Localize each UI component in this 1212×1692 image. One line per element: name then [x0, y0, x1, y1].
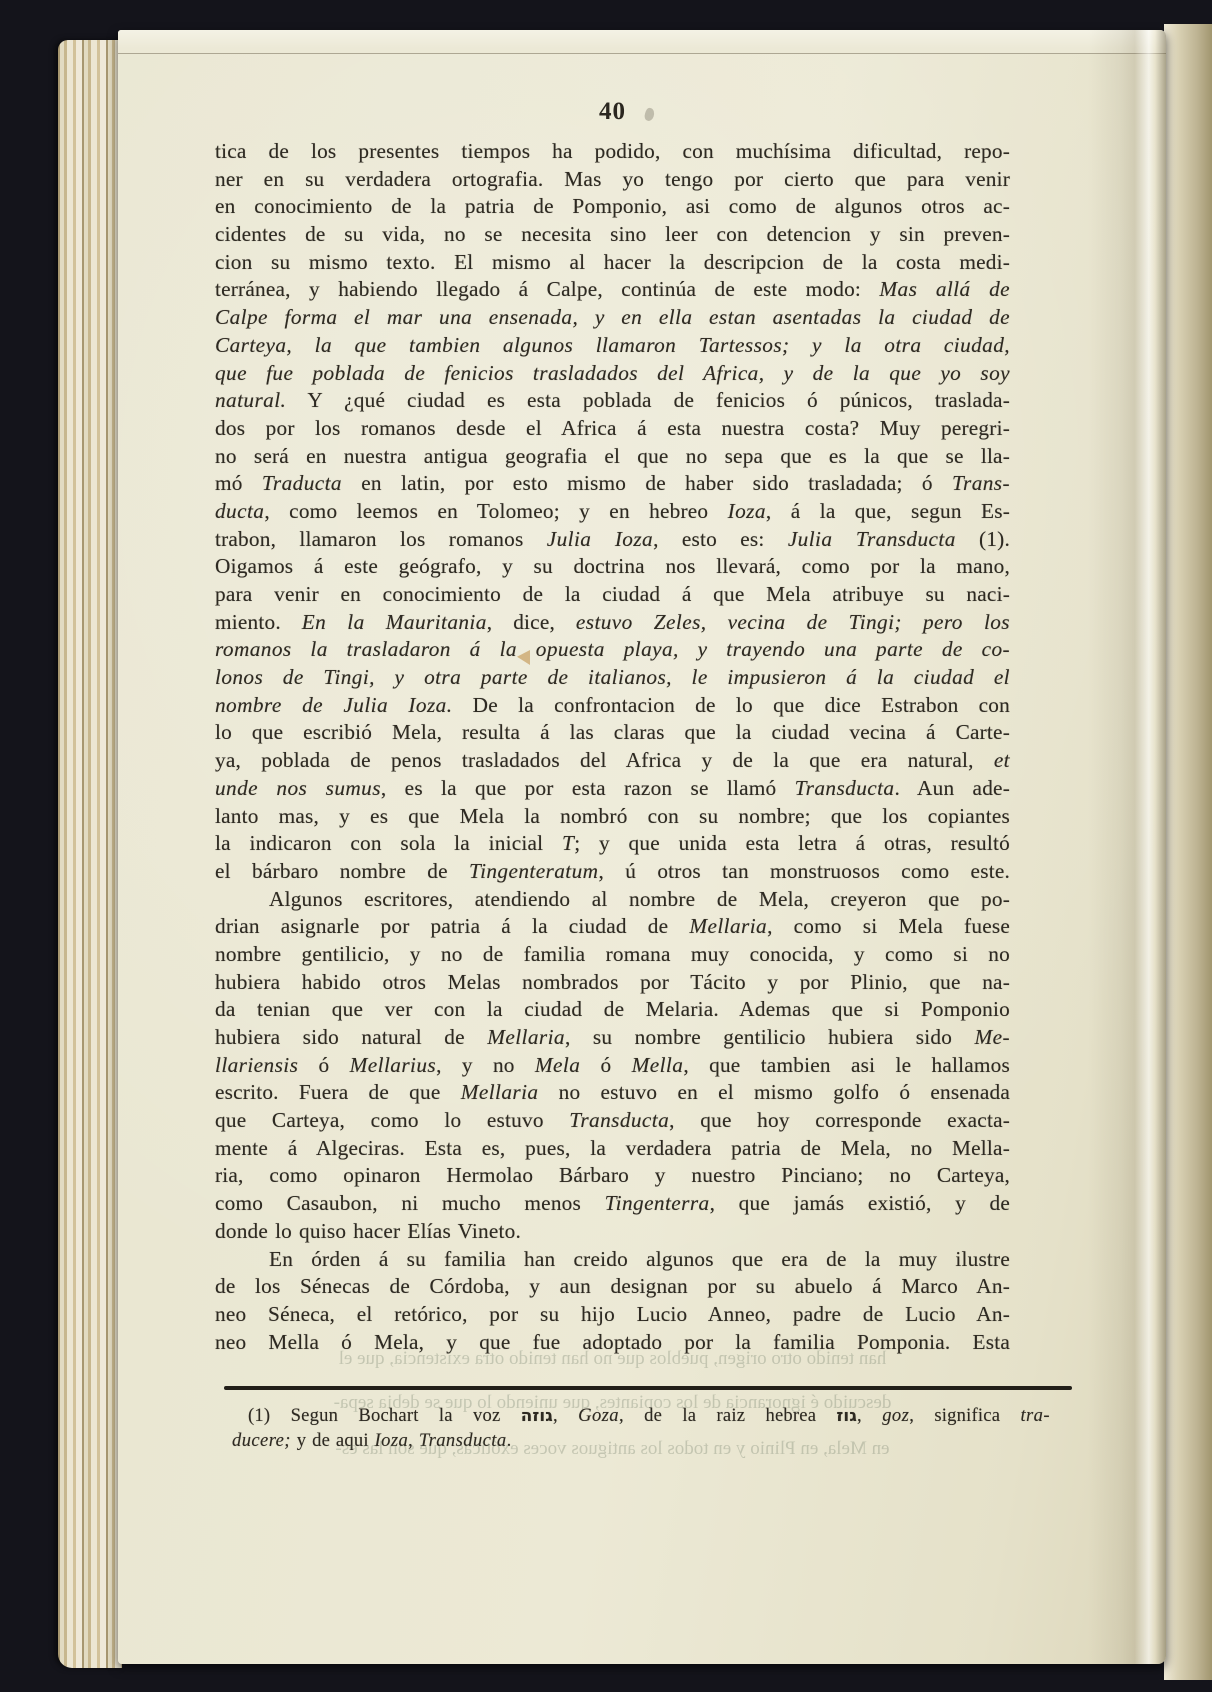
- text-line: terránea, y habiendo llegado á Calpe, co…: [215, 276, 1010, 304]
- text-line: como Casaubon, ni mucho menos Tingenterr…: [215, 1190, 1010, 1218]
- text-line: la indicaron con sola la inicial T; y qu…: [215, 830, 1010, 858]
- text-line: nombre de Julia Ioza. De la confrontacio…: [215, 692, 1010, 720]
- footnote-divider: [224, 1386, 1072, 1390]
- text-line: el bárbaro nombre de Tingenteratum, ú ot…: [215, 858, 1010, 886]
- text-line: en conocimiento de la patria de Pomponio…: [215, 193, 1010, 221]
- gutter-shadow: [1088, 30, 1166, 1664]
- page-number: 40: [215, 98, 1010, 126]
- text-line: Oigamos á este geógrafo, y su doctrina n…: [215, 553, 1010, 581]
- text-line: mó Traducta en latin, por esto mismo de …: [215, 470, 1010, 498]
- text-line: neo Séneca, el retórico, por su hijo Luc…: [215, 1301, 1010, 1329]
- text-line: lonos de Tingi, y otra parte de italiano…: [215, 664, 1010, 692]
- text-line: que Carteya, como lo estuvo Transducta, …: [215, 1107, 1010, 1135]
- text-line: natural. Y ¿qué ciudad es esta poblada d…: [215, 387, 1010, 415]
- text-line: para venir en conocimiento de la ciudad …: [215, 581, 1010, 609]
- footnote: (1) Segun Bochart la voz גוזה, Goza, de …: [232, 1402, 1050, 1454]
- text-line: drian asignarle por patria á la ciudad d…: [215, 913, 1010, 941]
- text-line: (1) Segun Bochart la voz גוזה, Goza, de …: [232, 1402, 1050, 1428]
- text-line: neo Mella ó Mela, y que fue adoptado por…: [215, 1329, 1010, 1357]
- text-line: En órden á su familia han creido algunos…: [215, 1246, 1010, 1274]
- text-line: lo que escribió Mela, resulta á las clar…: [215, 719, 1010, 747]
- text-line: ner en su verdadera ortografia. Mas yo t…: [215, 166, 1010, 194]
- text-line: ducere; y de aqui Ioza, Transducta.: [232, 1428, 1050, 1454]
- next-page-sliver: [1164, 24, 1212, 1680]
- text-line: hubiera habido otros Melas nombrados por…: [215, 969, 1010, 997]
- text-line: dos por los romanos desde el Africa á es…: [215, 415, 1010, 443]
- text-line: trabon, llamaron los romanos Julia Ioza,…: [215, 526, 1010, 554]
- text-line: llariensis ó Mellarius, y no Mela ó Mell…: [215, 1052, 1010, 1080]
- text-line: no será en nuestra antigua geografia el …: [215, 443, 1010, 471]
- text-line: donde lo quiso hacer Elías Vineto.: [215, 1218, 1010, 1246]
- scanned-book-photo: 40 tica de los presentes tiempos ha podi…: [0, 0, 1212, 1692]
- text-line: lanto mas, y es que Mela la nombró con s…: [215, 803, 1010, 831]
- text-line: cidentes de su vida, no se necesita sino…: [215, 221, 1010, 249]
- text-line: romanos la trasladaron á la opuesta play…: [215, 636, 1010, 664]
- text-line: mente á Algeciras. Esta es, pues, la ver…: [215, 1135, 1010, 1163]
- text-line: que fue poblada de fenicios trasladados …: [215, 360, 1010, 388]
- text-line: ya, poblada de penos trasladados del Afr…: [215, 747, 1010, 775]
- text-line: hubiera sido natural de Mellaria, su nom…: [215, 1024, 1010, 1052]
- text-line: unde nos sumus, es la que por esta razon…: [215, 775, 1010, 803]
- text-line: tica de los presentes tiempos ha podido,…: [215, 138, 1010, 166]
- text-line: Algunos escritores, atendiendo al nombre…: [215, 886, 1010, 914]
- text-line: nombre gentilicio, y no de familia roman…: [215, 941, 1010, 969]
- text-line: Calpe forma el mar una ensenada, y en el…: [215, 304, 1010, 332]
- text-line: miento. En la Mauritania, dice, estuvo Z…: [215, 609, 1010, 637]
- text-line: da tenian que ver con la ciudad de Melar…: [215, 996, 1010, 1024]
- text-line: Carteya, la que tambien algunos llamaron…: [215, 332, 1010, 360]
- page-body: tica de los presentes tiempos ha podido,…: [215, 138, 1010, 1356]
- book-page-edges: [58, 40, 122, 1668]
- text-line: cion su mismo texto. El mismo al hacer l…: [215, 249, 1010, 277]
- text-line: escrito. Fuera de que Mellaria no estuvo…: [215, 1079, 1010, 1107]
- text-line: ria, como opinaron Hermolao Bárbaro y nu…: [215, 1162, 1010, 1190]
- text-line: de los Sénecas de Córdoba, y aun designa…: [215, 1273, 1010, 1301]
- text-line: ducta, como leemos en Tolomeo; y en hebr…: [215, 498, 1010, 526]
- book-page: 40 tica de los presentes tiempos ha podi…: [118, 30, 1166, 1664]
